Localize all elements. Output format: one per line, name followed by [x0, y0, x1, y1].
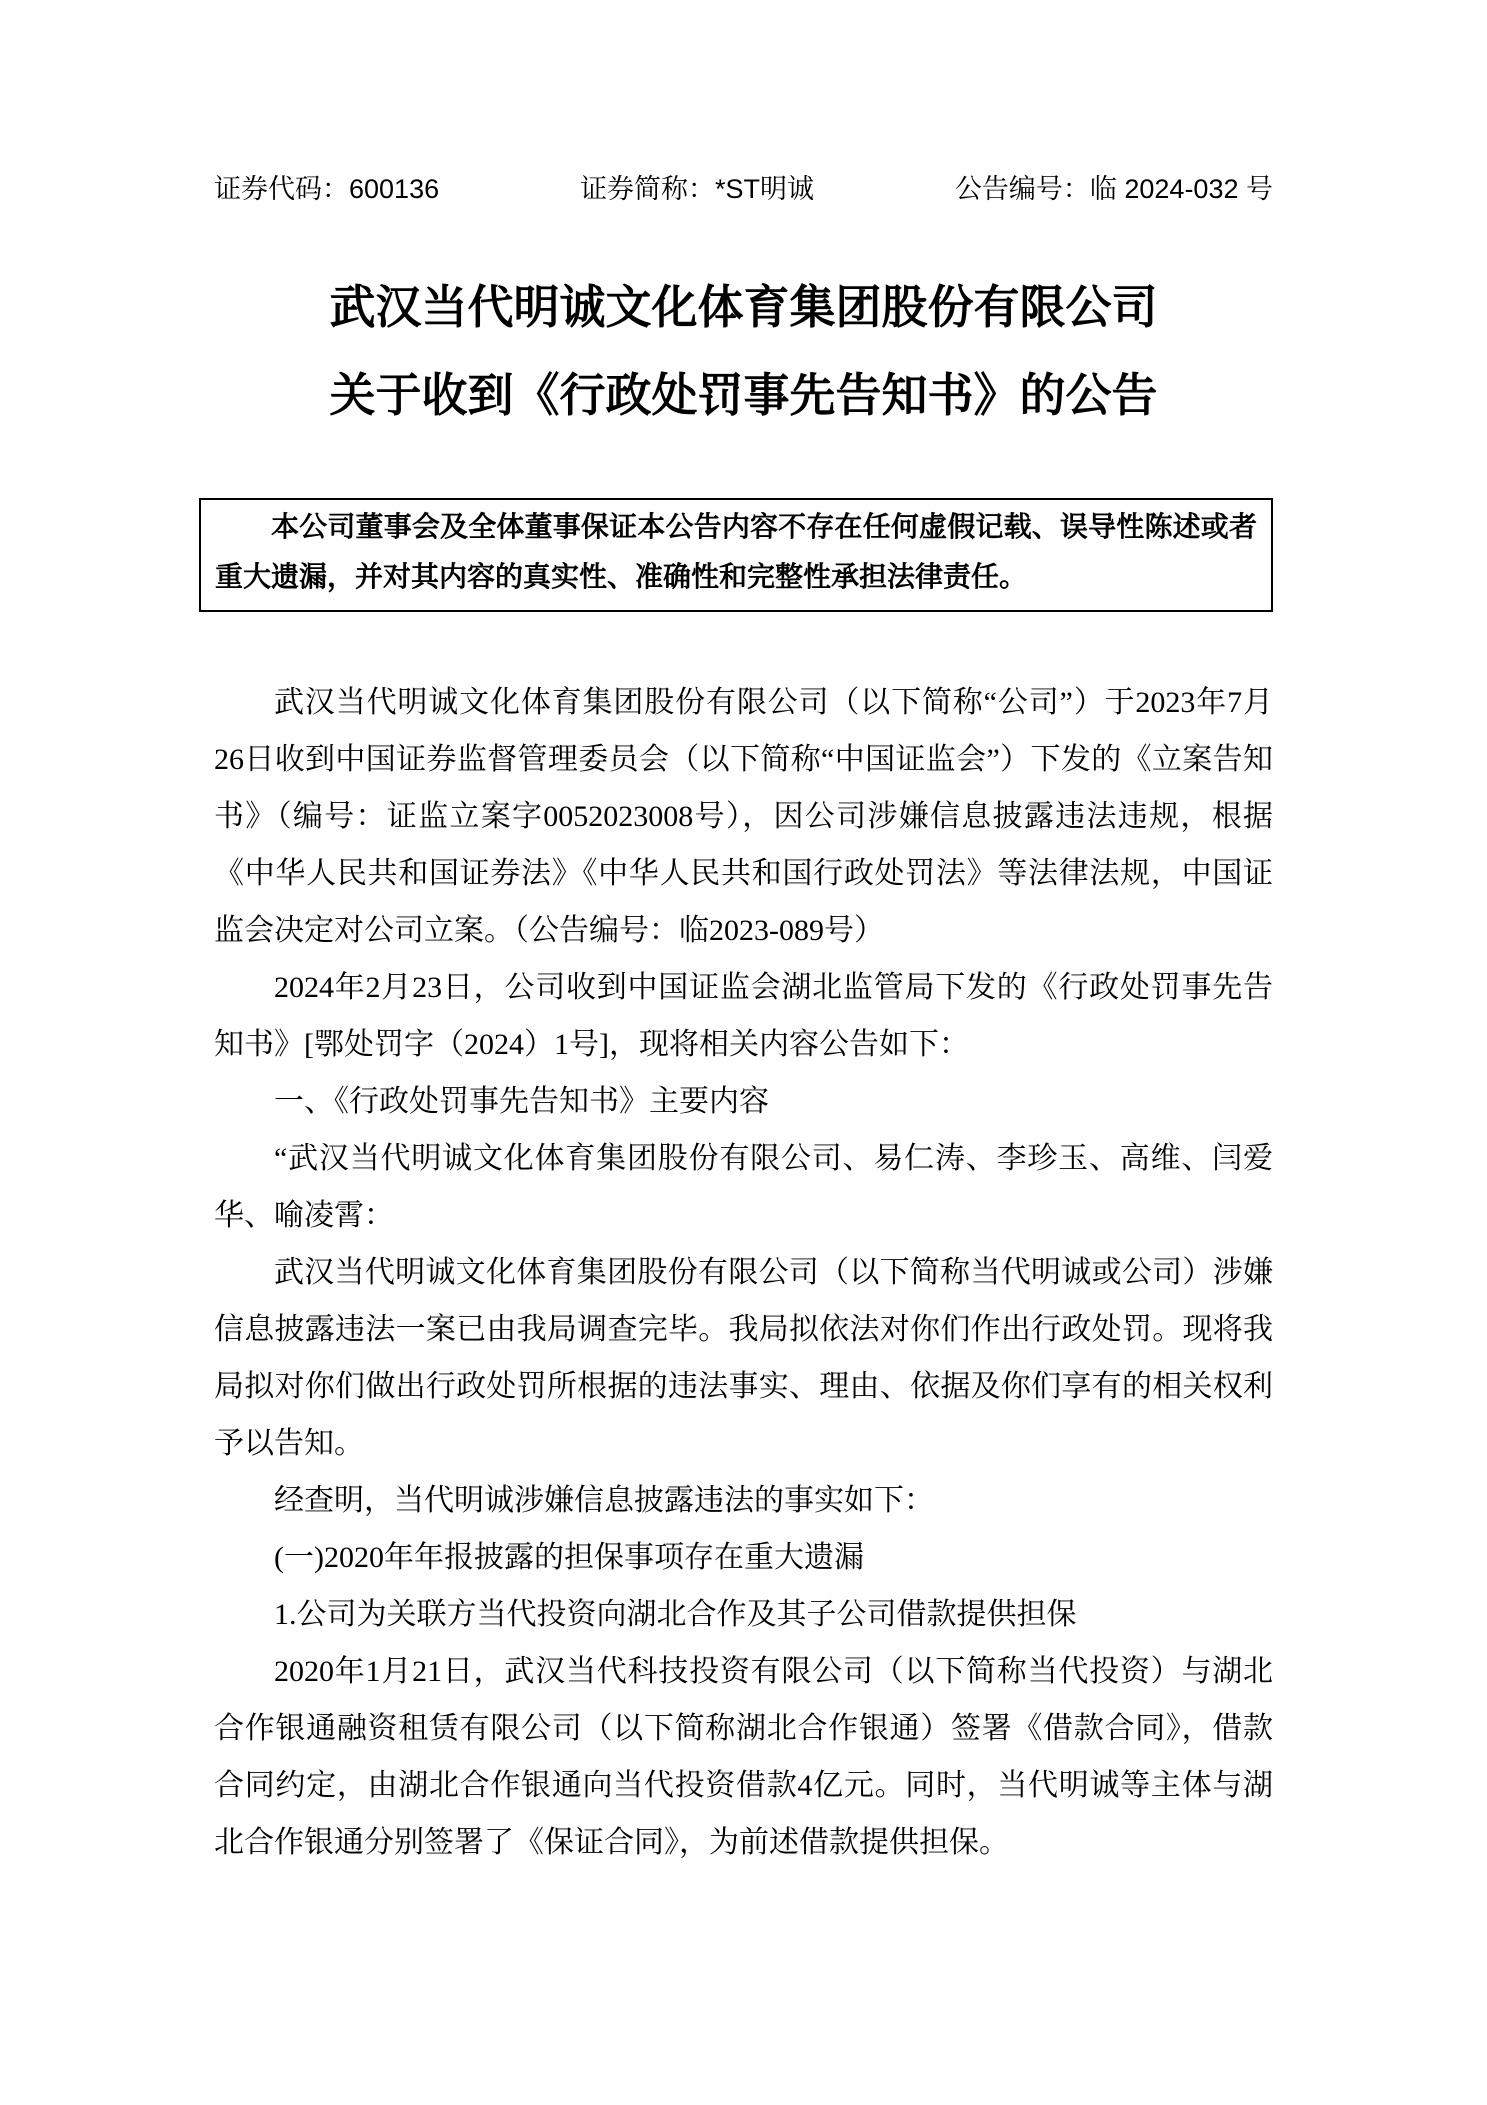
announcement-page: 证券代码：600136 证券简称：*ST明诚 公告编号：临 2024-032 号…: [0, 0, 1487, 2105]
document-subtitle: 关于收到《行政处罚事先告知书》的公告: [214, 364, 1273, 426]
stock-code: 证券代码：600136: [214, 172, 439, 206]
document-title: 武汉当代明诚文化体育集团股份有限公司: [214, 276, 1273, 338]
body-paragraph-section-heading: 一、《行政处罚事先告知书》主要内容: [214, 1073, 1273, 1130]
disclaimer-text: 本公司董事会及全体董事保证本公告内容不存在任何虚假记载、误导性陈述或者重大遗漏，…: [215, 502, 1257, 602]
announcement-number: 公告编号：临 2024-032 号: [955, 172, 1273, 206]
security-meta-row: 证券代码：600136 证券简称：*ST明诚 公告编号：临 2024-032 号: [214, 172, 1273, 206]
body-paragraph: 武汉当代明诚文化体育集团股份有限公司（以下简称“公司”）于2023年7月26日收…: [214, 674, 1273, 959]
announcement-body: 武汉当代明诚文化体育集团股份有限公司（以下简称“公司”）于2023年7月26日收…: [214, 674, 1273, 1871]
body-paragraph-subheading: (一)2020年年报披露的担保事项存在重大遗漏: [214, 1529, 1273, 1586]
body-paragraph: 经查明，当代明诚涉嫌信息披露违法的事实如下：: [214, 1472, 1273, 1529]
body-paragraph: 2024年2月23日，公司收到中国证监会湖北监管局下发的《行政处罚事先告知书》[…: [214, 959, 1273, 1073]
body-paragraph: “武汉当代明诚文化体育集团股份有限公司、易仁涛、李珍玉、高维、闫爱华、喻凌霄：: [214, 1130, 1273, 1244]
body-paragraph: 2020年1月21日，武汉当代科技投资有限公司（以下简称当代投资）与湖北合作银通…: [214, 1643, 1273, 1871]
body-paragraph: 武汉当代明诚文化体育集团股份有限公司（以下简称当代明诚或公司）涉嫌信息披露违法一…: [214, 1244, 1273, 1472]
body-paragraph-subheading: 1.公司为关联方当代投资向湖北合作及其子公司借款提供担保: [214, 1586, 1273, 1643]
stock-abbr: 证券简称：*ST明诚: [580, 172, 814, 206]
disclaimer-box: 本公司董事会及全体董事保证本公告内容不存在任何虚假记载、误导性陈述或者重大遗漏，…: [199, 498, 1273, 612]
